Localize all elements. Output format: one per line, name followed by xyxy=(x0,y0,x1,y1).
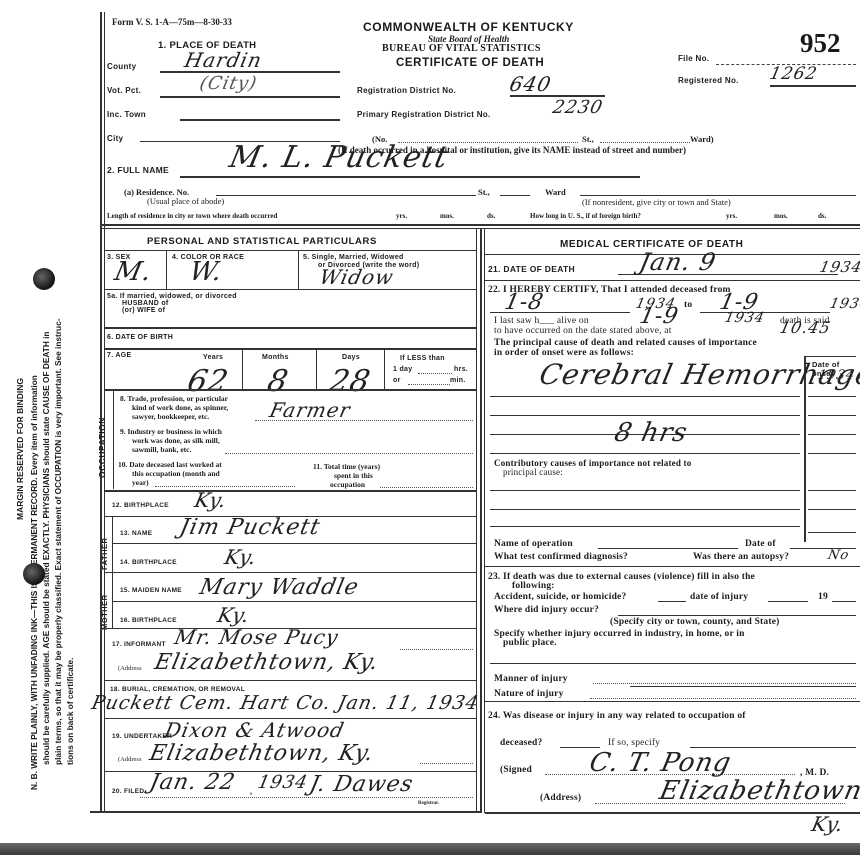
occurred-label: to have occurred on the date stated abov… xyxy=(494,326,672,336)
age-label: 7. AGE xyxy=(107,352,132,359)
onset-column-top xyxy=(806,356,856,357)
physician-address-label: (Address) xyxy=(540,793,581,803)
accident-line xyxy=(658,601,686,602)
section-divider-top-2 xyxy=(100,228,860,229)
last-saw-year: 1934 xyxy=(723,310,766,326)
industry-label-1: 9. Industry or business in which xyxy=(120,427,222,436)
margin-reserved-text: MARGIN RESERVED FOR BINDING xyxy=(14,378,26,520)
spouse-label-3: (or) WIFE of xyxy=(122,307,165,314)
total-time-label-1: 11. Total time (years) xyxy=(313,462,380,471)
time-value: 10.45 xyxy=(778,318,833,337)
registration-district-value: 640 xyxy=(507,72,553,96)
attended-to-year: 1934 xyxy=(828,296,860,312)
row-divider-birthplace xyxy=(104,490,476,492)
us-yrs: yrs. xyxy=(726,212,737,220)
years-label: Years xyxy=(203,354,223,361)
filed-dots xyxy=(140,797,473,798)
file-no-value: 952 xyxy=(800,28,841,59)
row-divider-spouse xyxy=(104,289,476,290)
total-time-label-2: spent in this xyxy=(334,471,373,480)
informant-label: 17. INFORMANT xyxy=(112,641,166,648)
last-worked-label-2: this occupation (month and xyxy=(132,469,220,478)
contributory-line-3 xyxy=(490,526,800,527)
mother-birthplace-label: 16. BIRTHPLACE xyxy=(120,617,177,624)
certificate-title: CERTIFICATE OF DEATH xyxy=(396,57,544,69)
city-label: City xyxy=(107,134,123,143)
residence-st-line xyxy=(500,195,530,196)
us-mos: mos. xyxy=(774,212,788,220)
father-name-value: Jim Puckett xyxy=(177,515,322,540)
onset-line-1 xyxy=(808,396,856,397)
form-number: Form V. S. 1-A—75m—8-30-33 xyxy=(112,17,232,27)
where-line xyxy=(618,615,856,616)
onset-line-5 xyxy=(808,490,856,491)
mother-side-label: MOTHER xyxy=(100,595,109,631)
less-label: If LESS than xyxy=(400,355,445,362)
binding-hole-bottom xyxy=(23,563,45,585)
city-ward-label: Ward) xyxy=(690,134,714,144)
medical-bottom-line xyxy=(485,812,860,814)
specify-where-line xyxy=(490,663,856,664)
marital-label-1: 5. Single, Married, Widowed xyxy=(303,254,404,261)
trade-label-2: kind of work done, as spinner, xyxy=(132,403,228,412)
filed-year-value: 1934 xyxy=(256,772,310,793)
registered-no-line xyxy=(770,85,856,87)
father-side-label: FATHER xyxy=(100,538,109,570)
operation-label: Name of operation xyxy=(494,539,573,549)
sex-divider xyxy=(166,251,167,289)
occupation-side-label: OCCUPATION xyxy=(97,417,107,478)
primary-registration-district-value: 2230 xyxy=(551,97,605,118)
contributory-line-2 xyxy=(490,509,800,510)
inc-town-label: Inc. Town xyxy=(107,110,146,119)
mother-name-value: Mary Waddle xyxy=(197,575,361,600)
left-column-right-border xyxy=(476,228,477,813)
manner-line xyxy=(630,686,856,687)
registrar-label: Registrar. xyxy=(418,801,439,806)
industry-dots xyxy=(225,453,473,454)
operation-date-label: Date of xyxy=(745,539,776,549)
min-dots xyxy=(408,384,450,385)
margin-instruction-line-2: should be carefully supplied. AGE should… xyxy=(40,332,52,766)
residence-ward-line xyxy=(580,195,856,196)
marital-value: Widow xyxy=(317,265,396,289)
onset-line-4 xyxy=(808,453,856,454)
nature-label: Nature of injury xyxy=(494,689,564,699)
informant-value: Mr. Mose Pucy xyxy=(172,625,340,649)
margin-instruction-line-3: plain terms, so that it may be properly … xyxy=(52,319,64,765)
row-divider-mother-bp xyxy=(113,601,476,602)
city-st-label: St., xyxy=(582,134,594,144)
attended-to-label: to xyxy=(684,300,692,310)
row-divider-dob xyxy=(104,327,476,329)
informant-address-label: (Address xyxy=(118,665,141,672)
length-mos: mos. xyxy=(440,212,454,220)
total-time-dots xyxy=(380,487,473,488)
informant-address-value: Elizabethtown, Ky. xyxy=(152,650,381,675)
manner-label: Manner of injury xyxy=(494,674,568,684)
county-value: Hardin xyxy=(182,48,264,72)
residence-line xyxy=(216,195,476,196)
middle-divider-inner xyxy=(484,228,485,813)
undertaker-address-dots xyxy=(420,763,473,764)
vot-pct-line xyxy=(160,96,340,98)
physician-address-state: Ky. xyxy=(809,812,846,836)
occupation-side-divider xyxy=(113,389,114,489)
length-residence-label: Length of residence in city or town wher… xyxy=(107,212,277,220)
row-divider-external xyxy=(485,566,860,567)
duration-value: 8 hrs xyxy=(612,418,691,448)
contributory-line-1 xyxy=(490,490,800,491)
full-name-value: M. L. Puckett xyxy=(226,140,452,175)
age-months-value: 8 xyxy=(264,364,292,399)
undertaker-address-label: (Address xyxy=(118,756,141,763)
if-so-label: If so, specify xyxy=(608,738,660,748)
nineteen-label: 19 xyxy=(818,592,828,602)
birthplace-value: Ky. xyxy=(192,488,229,512)
cause-intro-2: in order of onset were as follows: xyxy=(494,348,634,358)
county-label: County xyxy=(107,62,136,71)
dob-label: 6. DATE OF BIRTH xyxy=(107,334,173,341)
cause-line-2 xyxy=(490,415,800,416)
commonwealth-title: COMMONWEALTH OF KENTUCKY xyxy=(363,20,574,34)
informant-dots xyxy=(400,649,473,650)
where-label: Where did injury occur? xyxy=(494,605,599,615)
full-name-line xyxy=(180,176,640,178)
vot-pct-label: Vot. Pct. xyxy=(107,86,141,95)
personal-heading: PERSONAL AND STATISTICAL PARTICULARS xyxy=(147,236,377,247)
age-days-value: 28 xyxy=(326,364,374,399)
spouse-label-2: HUSBAND of xyxy=(122,300,169,307)
registration-district-label: Registration District No. xyxy=(357,86,456,95)
min-label: min. xyxy=(450,377,466,384)
signed-label: (Signed xyxy=(500,765,532,775)
test-label: What test confirmed diagnosis? xyxy=(494,552,628,562)
undertaker-address-value: Elizabethtown, Ky. xyxy=(147,741,376,766)
day-label: 1 day xyxy=(393,366,412,373)
filed-date-value: Jan. 22 xyxy=(147,770,237,795)
signed-value: C. T. Pong xyxy=(587,748,734,778)
specify-city-label: (Specify city or town, county, and State… xyxy=(610,617,780,627)
external-label-2: following: xyxy=(512,581,555,591)
color-divider xyxy=(298,251,299,289)
deceased-label: deceased? xyxy=(500,738,542,748)
age-div-1 xyxy=(242,349,243,389)
row-divider-mother xyxy=(104,572,476,573)
personal-heading-line xyxy=(104,250,476,251)
residence-st-label: St., xyxy=(478,187,490,197)
residence-ward-label: Ward xyxy=(545,187,566,197)
accident-label: Accident, suicide, or homicide? xyxy=(494,592,626,602)
length-ds: ds. xyxy=(487,212,495,220)
birthplace-label: 12. BIRTHPLACE xyxy=(112,502,169,509)
registrar-signature: J. Dawes xyxy=(307,772,415,797)
nineteen-line xyxy=(832,601,856,602)
age-div-2 xyxy=(316,349,317,389)
industry-label-3: sawmill, bank, etc. xyxy=(132,445,191,454)
registered-no-label: Registered No. xyxy=(678,76,739,85)
nonresident-note: (If nonresident, give city or town and S… xyxy=(582,197,731,207)
last-worked-label-1: 10. Date deceased last worked at xyxy=(118,460,222,469)
filed-comma: , xyxy=(250,787,252,796)
operation-line xyxy=(598,548,738,549)
mother-name-label: 15. MAIDEN NAME xyxy=(120,587,182,594)
last-worked-label-3: year) xyxy=(132,478,149,487)
injury-date-label: date of injury xyxy=(690,592,748,602)
registered-no-value: 1262 xyxy=(768,64,820,84)
nature-dots xyxy=(590,698,856,699)
color-value: W. xyxy=(187,257,226,287)
total-time-label-3: occupation xyxy=(330,480,365,489)
file-no-label: File No. xyxy=(678,54,709,63)
binding-hole-top xyxy=(33,268,55,290)
margin-instruction-line-4: tions on back of certificate. xyxy=(64,658,76,765)
row-divider-age xyxy=(104,348,476,350)
primary-registration-district-label: Primary Registration District No. xyxy=(357,110,491,119)
sex-value: M. xyxy=(112,257,155,287)
onset-line-6 xyxy=(808,509,856,510)
hrs-label: hrs. xyxy=(454,366,468,373)
section-divider-top xyxy=(100,224,860,226)
row-divider-occupation xyxy=(104,389,476,391)
cause-line-4 xyxy=(490,453,800,454)
residence-sublabel: (Usual place of abode) xyxy=(147,196,224,206)
us-label: How long in U. S., if of foreign birth? xyxy=(530,212,641,220)
occupation-related-label: 24. Was disease or injury in any way rel… xyxy=(488,711,746,721)
cause-line-1 xyxy=(490,396,800,397)
age-div-3 xyxy=(384,349,385,389)
last-saw-label: I last saw h___ alive on xyxy=(494,316,589,326)
bureau-name: BUREAU OF VITAL STATISTICS xyxy=(382,43,541,54)
burial-value: Puckett Cem. Hart Co. Jan. 11, 1934 xyxy=(90,692,482,714)
date-of-death-value: Jan. 9 xyxy=(637,248,719,276)
vot-pct-value: (City) xyxy=(198,73,259,94)
trade-label-3: sawyer, bookkeeper, etc. xyxy=(132,412,209,421)
undertaker-value: Dixon & Atwood xyxy=(162,718,346,742)
or-label: or xyxy=(393,377,401,384)
specify-where-2: public place. xyxy=(503,638,557,648)
autopsy-label: Was there an autopsy? xyxy=(693,552,789,562)
physician-address-value: Elizabethtown xyxy=(657,776,860,806)
cause-value: Cerebral Hemorrhage xyxy=(536,358,860,391)
industry-label-2: work was done, as silk mill, xyxy=(132,436,220,445)
contributory-label-2: principal cause: xyxy=(503,467,563,477)
mother-birthplace-value: Ky. xyxy=(215,603,252,627)
row-divider-father-bp xyxy=(113,543,476,544)
trade-value: Farmer xyxy=(267,398,352,422)
father-birthplace-label: 14. BIRTHPLACE xyxy=(120,559,177,566)
last-worked-dots xyxy=(155,486,295,487)
father-birthplace-value: Ky. xyxy=(222,545,259,569)
us-ds: ds. xyxy=(818,212,826,220)
row-divider-certify xyxy=(485,280,860,281)
onset-line-3 xyxy=(808,434,856,435)
onset-line-2 xyxy=(808,415,856,416)
city-ward-line xyxy=(600,142,690,143)
father-name-label: 13. NAME xyxy=(120,530,152,537)
manner-dots xyxy=(593,683,856,684)
trade-label-1: 8. Trade, profession, or particular xyxy=(120,394,228,403)
cause-intro-1: The principal cause of death and related… xyxy=(494,338,757,348)
row-divider-burial xyxy=(104,680,476,681)
date-of-death-label: 21. DATE OF DEATH xyxy=(488,264,575,274)
attended-from-line xyxy=(490,312,630,313)
middle-divider xyxy=(480,228,482,813)
length-yrs: yrs. xyxy=(396,212,407,220)
date-of-death-year: 1934 xyxy=(818,258,860,276)
hrs-dots xyxy=(418,373,452,374)
bottom-border xyxy=(90,811,480,813)
days-label: Days xyxy=(342,354,360,361)
months-label: Months xyxy=(262,354,289,361)
onset-line-7 xyxy=(808,532,856,533)
spouse-label-1: 5a. If married, widowed, or divorced xyxy=(107,293,237,300)
autopsy-value: No xyxy=(826,548,850,563)
filed-label: 20. FILED xyxy=(112,788,144,795)
injury-date-line xyxy=(768,601,808,602)
inc-town-line xyxy=(180,119,340,121)
full-name-label: 2. FULL NAME xyxy=(107,165,169,175)
nature-line xyxy=(485,701,860,702)
scan-bottom-edge xyxy=(0,843,860,855)
